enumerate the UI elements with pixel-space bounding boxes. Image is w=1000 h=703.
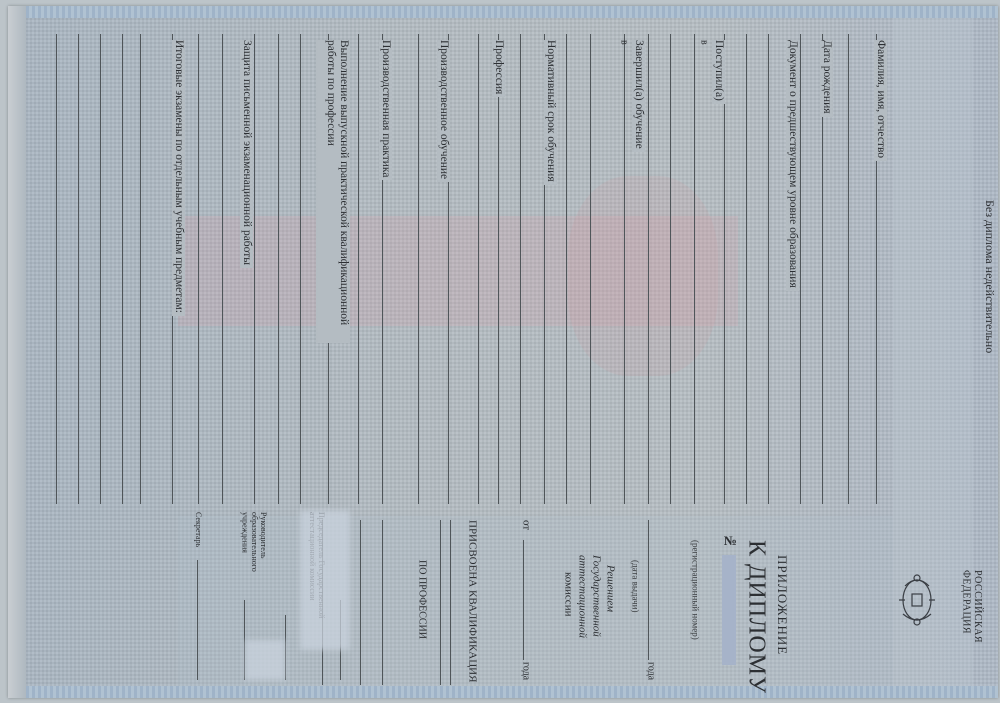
country-name: РОССИЙСКАЯ ФЕДЕРАЦИЯ (960, 570, 983, 660)
reg-number-caption: (регистрационный номер) (690, 540, 700, 640)
field-label: Производственная практика (379, 40, 392, 180)
profession-line-1 (382, 520, 383, 685)
ruled-line (122, 34, 123, 504)
field-prefix: в (618, 40, 630, 45)
ruled-line (566, 34, 567, 504)
head-signature-label: Руководитель образовательного учреждения (232, 512, 268, 602)
validity-note: Без диплома недействительно (982, 200, 996, 353)
decision-line-4: комиссии (562, 572, 575, 616)
ruled-line (670, 34, 671, 504)
field-label: Итоговые экзамены по отдельным учебным п… (172, 40, 185, 316)
ruled-line (140, 34, 141, 504)
ruled-line (300, 34, 301, 504)
ruled-line (222, 34, 223, 504)
chair-signature-line (285, 615, 286, 680)
decision-line-3: аттестационной (576, 555, 589, 638)
qualification-heading: ПРИСВОЕНА КВАЛИФИКАЦИЯ (466, 520, 479, 682)
decision-line-2: Государственной (590, 555, 603, 637)
decision-line-1: Решением (604, 565, 617, 612)
ruled-line (78, 34, 79, 504)
ruled-line (56, 34, 57, 504)
from-word: от (520, 520, 533, 530)
ruled-line (590, 34, 591, 504)
ruled-line (358, 34, 359, 504)
ruled-line (800, 34, 801, 504)
field-label: Завершил(а) обучение (632, 40, 645, 152)
ruled-line (418, 34, 419, 504)
ruled-line (694, 34, 695, 504)
diploma-title: К ДИПЛОМУ (742, 540, 770, 694)
issue-year-word: года (645, 662, 657, 680)
stamp-blur (300, 510, 350, 650)
field-prefix: в (698, 40, 710, 45)
qualification-line-2 (440, 520, 441, 685)
issue-date-line (648, 520, 649, 660)
profession-line-2 (360, 520, 361, 685)
ruled-line (254, 34, 255, 504)
ruled-line (746, 34, 747, 504)
qualification-line-1 (450, 520, 451, 685)
ruled-line (520, 34, 521, 504)
registration-number-field (722, 555, 736, 665)
field-label: Дата рождения (820, 40, 833, 117)
ruled-line (624, 34, 625, 504)
stamp-blur (245, 640, 285, 680)
field-label: Нормативный срок обучения (544, 40, 557, 185)
guilloche-border-bottom (8, 686, 998, 698)
field-label: Выполнение выпускной практической квалиф… (316, 40, 350, 343)
ruled-line (198, 34, 199, 504)
ruled-line (768, 34, 769, 504)
decision-year-word: года (520, 662, 532, 680)
decision-date-line (523, 540, 524, 660)
field-label: Фамилия, имя, отчество (874, 40, 887, 161)
ruled-line (100, 34, 101, 504)
ruled-line (498, 34, 499, 504)
secretary-signature-line (197, 560, 198, 680)
field-label: Документ о предшествующем уровне образов… (786, 40, 799, 291)
guilloche-border-top (8, 6, 998, 18)
supplement-title: ПРИЛОЖЕНИЕ (774, 555, 789, 655)
coat-of-arms-icon (897, 570, 937, 630)
issue-date-caption: (дата выдачи) (630, 560, 640, 612)
by-profession-label: ПО ПРОФЕССИИ (416, 560, 428, 639)
sheet-edge (8, 6, 26, 698)
field-label: Производственное обучение (437, 40, 450, 182)
ruled-line (848, 34, 849, 504)
ruled-line (478, 34, 479, 504)
ruled-line (724, 34, 725, 504)
secretary-signature-label: Секретарь (194, 512, 203, 547)
field-label: Защита письменной экзаменационной работы (240, 40, 253, 268)
field-label: Поступил(а) (712, 40, 725, 104)
ruled-line (648, 34, 649, 504)
number-sign: № (722, 533, 737, 548)
field-label: Профессия (492, 40, 505, 97)
diploma-supplement-sheet (8, 6, 998, 698)
ruled-line (278, 34, 279, 504)
